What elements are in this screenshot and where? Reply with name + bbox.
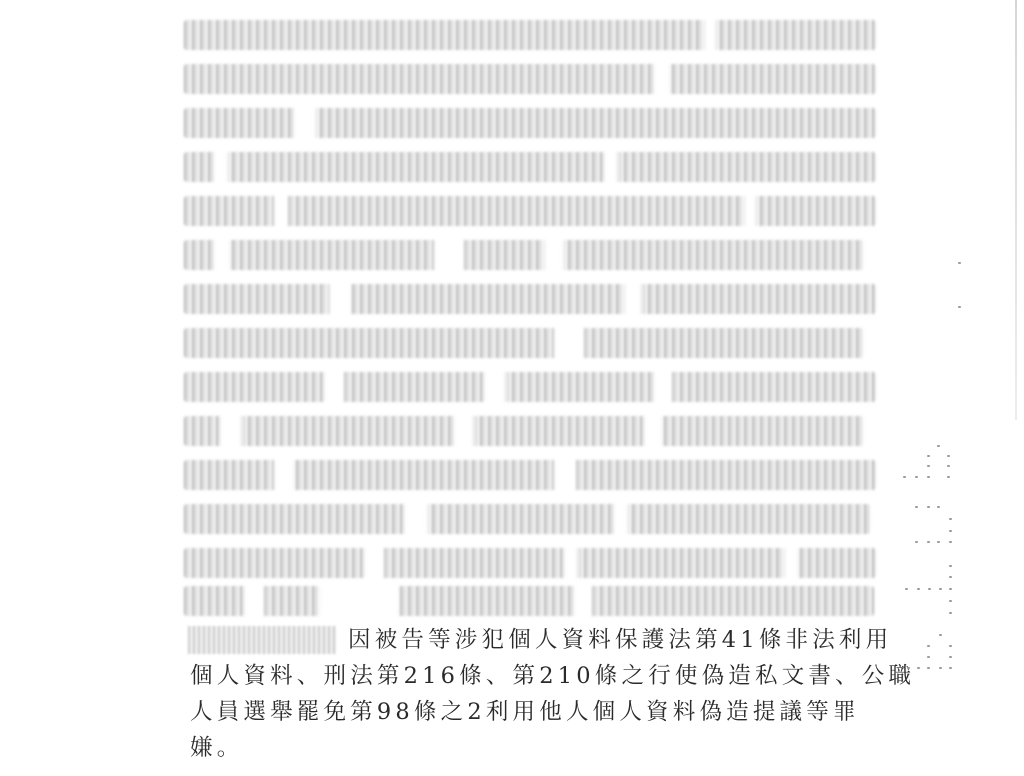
dotted-glyph xyxy=(917,667,920,669)
paragraph-line-1: 因被告等涉犯個人資料保護法第41條非法利用 xyxy=(190,622,880,658)
dotted-glyph xyxy=(949,588,952,590)
paragraph-line-3: 人員選舉罷免第98條之2利用他人個人資料偽造提議等罪 xyxy=(190,694,880,730)
dotted-glyph xyxy=(939,634,942,636)
dotted-glyph xyxy=(949,530,952,532)
redacted-line xyxy=(184,284,876,314)
dotted-glyph xyxy=(949,518,952,520)
dotted-glyph xyxy=(949,565,952,567)
dotted-glyph xyxy=(927,656,930,658)
redacted-line xyxy=(184,64,876,94)
dotted-glyph xyxy=(947,476,950,478)
dotted-glyph xyxy=(905,588,908,590)
redacted-line xyxy=(184,372,876,402)
dotted-glyph xyxy=(949,667,952,669)
body-paragraph: 因被告等涉犯個人資料保護法第41條非法利用 個人資料、刑法第216條、第210條… xyxy=(190,622,880,766)
dotted-glyph xyxy=(903,476,906,478)
dotted-glyph xyxy=(927,667,930,669)
dotted-glyph xyxy=(937,445,940,447)
dotted-glyph xyxy=(949,541,952,543)
dotted-glyph xyxy=(927,506,930,508)
redacted-line xyxy=(184,108,876,138)
redacted-line xyxy=(184,416,864,446)
dotted-glyph xyxy=(927,465,930,467)
scanned-document-page: 因被告等涉犯個人資料保護法第41條非法利用 個人資料、刑法第216條、第210條… xyxy=(0,0,1024,776)
redacted-line xyxy=(184,20,876,50)
dotted-glyph xyxy=(939,667,942,669)
dotted-glyph xyxy=(915,506,918,508)
scan-speck xyxy=(958,262,961,264)
redacted-line xyxy=(184,548,876,578)
dotted-glyph xyxy=(917,588,920,590)
dotted-glyph xyxy=(947,455,950,457)
dotted-glyph xyxy=(939,588,942,590)
dotted-glyph xyxy=(937,506,940,508)
dotted-glyph xyxy=(927,645,930,647)
paragraph-line-4: 嫌。 xyxy=(190,730,880,766)
redacted-line xyxy=(184,196,876,226)
dotted-glyph xyxy=(949,600,952,602)
redacted-text-block xyxy=(184,14,876,620)
dotted-glyph xyxy=(915,541,918,543)
page-edge-line xyxy=(1015,0,1017,420)
scan-speck xyxy=(958,306,961,308)
redacted-line xyxy=(184,504,870,534)
dotted-glyph xyxy=(927,541,930,543)
dotted-glyph xyxy=(927,455,930,457)
dotted-glyph xyxy=(927,476,930,478)
redacted-line xyxy=(184,586,874,616)
dotted-glyph xyxy=(949,645,952,647)
dotted-glyph xyxy=(928,588,931,590)
dotted-glyph xyxy=(907,667,910,669)
dotted-glyph xyxy=(949,576,952,578)
dotted-glyph xyxy=(937,541,940,543)
redacted-line xyxy=(184,152,876,182)
dotted-glyph xyxy=(947,465,950,467)
redacted-line xyxy=(184,460,876,490)
dotted-glyph xyxy=(915,476,918,478)
redacted-line xyxy=(184,328,864,358)
dotted-glyph xyxy=(949,612,952,614)
paragraph-line-2: 個人資料、刑法第216條、第210條之行使偽造私文書、公職 xyxy=(190,658,880,694)
margin-dot-marks xyxy=(895,250,975,690)
dotted-glyph xyxy=(949,656,952,658)
redacted-line xyxy=(184,240,864,270)
